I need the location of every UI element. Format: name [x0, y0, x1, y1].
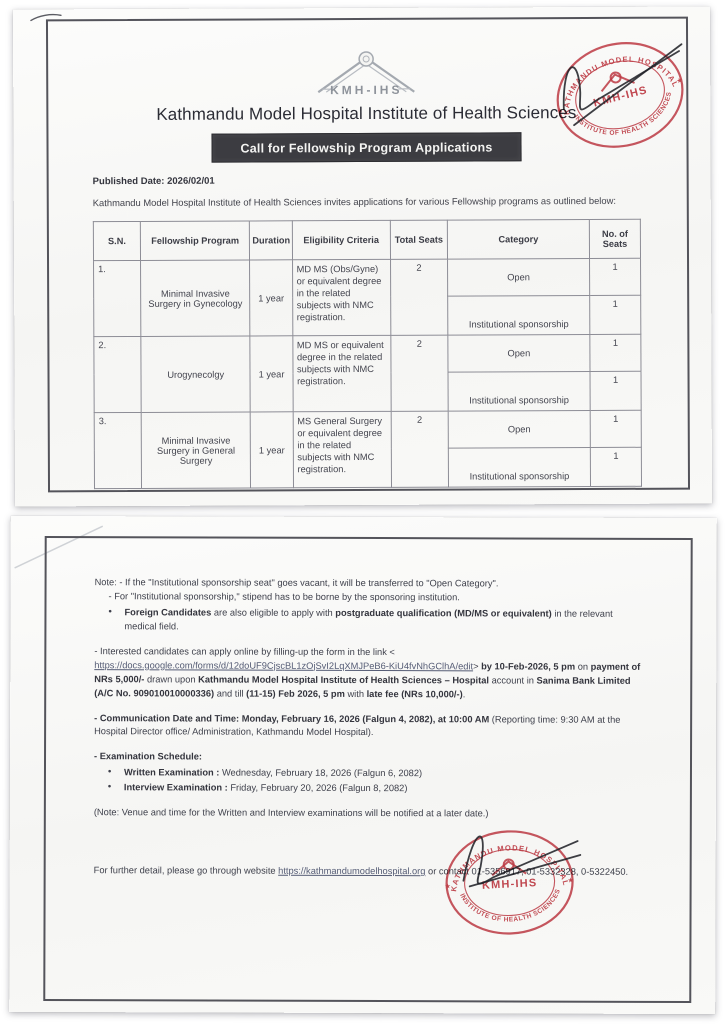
- cell-duration: 1 year: [250, 260, 292, 336]
- text-segment: by 10-Feb-2026, 5 pm: [481, 661, 575, 671]
- text-segment: >: [473, 661, 481, 671]
- paragraph: - Examination Schedule:: [94, 751, 644, 767]
- paragraph: •Written Examination : Wednesday, Februa…: [94, 766, 644, 782]
- table-row: 3.Minimal Invasive Surgery in General Su…: [94, 410, 641, 449]
- cell-category: Institutional sponsorship: [448, 296, 590, 336]
- kmh-ihs-logo-icon: KMH-IHS: [304, 46, 428, 103]
- column-header: No. of Seats: [589, 219, 640, 258]
- paragraph: - For "Institutional sponsorship," stipe…: [95, 590, 645, 606]
- cell-seats: 1: [590, 410, 641, 447]
- text-segment: Wednesday, February 18, 2026 (Falgun 6, …: [219, 768, 422, 779]
- cell-eligibility: MD MS (Obs/Gyne) or equivalent degree in…: [292, 259, 391, 335]
- cell-seats: 1: [590, 371, 641, 410]
- cell-sn: 2.: [94, 336, 141, 412]
- text-segment: Written Examination :: [124, 768, 219, 778]
- cell-sn: 1.: [94, 260, 141, 336]
- stamp-star-icon: ★: [445, 882, 452, 890]
- cell-category: Institutional sponsorship: [448, 448, 590, 488]
- call-banner-label: Call for Fellowship Program Applications: [240, 140, 492, 155]
- column-header: Category: [447, 220, 589, 260]
- cell-category: Institutional sponsorship: [448, 372, 590, 412]
- paragraph: •Foreign Candidates are also eligible to…: [94, 606, 644, 636]
- text-segment: - Examination Schedule:: [94, 752, 202, 762]
- cell-seats: 1: [590, 447, 641, 486]
- cell-total-seats: 2: [391, 411, 448, 487]
- cell-seats: 1: [590, 258, 641, 295]
- cell-seats: 1: [590, 295, 641, 334]
- svg-text:INSTITUTE OF HEALTH SCIENCES: INSTITUTE OF HEALTH SCIENCES: [458, 888, 563, 926]
- table-row: 2.Urogynecolgy1 yearMD MS or equivalent …: [94, 334, 641, 373]
- text-segment: drawn upon: [144, 674, 198, 684]
- cell-eligibility: MS General Surgery or equivalent degree …: [293, 411, 392, 487]
- table-head: S.N.Fellowship ProgramDurationEligibilit…: [93, 219, 640, 260]
- text-segment: (11-15) Feb 2026, 5 pm: [246, 688, 345, 698]
- call-banner: Call for Fellowship Program Applications: [211, 132, 521, 162]
- text-segment: - Communication Date and Time: Monday, F…: [94, 713, 489, 724]
- cell-seats: 1: [590, 334, 641, 371]
- column-header: Total Seats: [390, 220, 447, 259]
- page-border-frame: Note: - If the "Institutional sponsorshi…: [43, 536, 692, 1003]
- column-header: Duration: [250, 221, 292, 260]
- scanned-notice: { "colors": { "stamp_red": "#c23b45", "b…: [0, 0, 725, 1024]
- table-body: 1.Minimal Invasive Surgery in Gynecology…: [94, 258, 642, 488]
- stamp-triangle-icon: [492, 861, 527, 876]
- cell-category: Open: [448, 335, 590, 373]
- published-date: Published Date: 2026/02/01: [93, 174, 641, 187]
- text-segment: Interview Examination :: [124, 782, 228, 792]
- text-segment: Kathmandu Model Hospital Institute of He…: [198, 674, 489, 685]
- bullet-icon: •: [108, 766, 111, 780]
- cell-category: Open: [447, 259, 589, 297]
- column-header: Eligibility Criteria: [292, 220, 391, 259]
- bullet-icon: •: [108, 780, 111, 794]
- text-segment: For further detail, please go through we…: [94, 865, 279, 876]
- stamp-bottom-text: INSTITUTE OF HEALTH SCIENCES: [458, 888, 563, 926]
- text-segment: Foreign Candidates: [124, 607, 211, 617]
- column-header: Fellowship Program: [140, 221, 250, 260]
- cell-sn: 3.: [94, 412, 141, 488]
- paragraph: •Interview Examination : Friday, Februar…: [94, 781, 644, 797]
- page2-paragraphs: Note: - If the "Institutional sponsorshi…: [47, 540, 688, 999]
- text-segment: with: [345, 689, 367, 699]
- cell-program: Minimal Invasive Surgery in General Surg…: [141, 412, 251, 488]
- text-segment: Note: - If the "Institutional sponsorshi…: [95, 577, 499, 588]
- stamp-star-icon: ★: [567, 876, 574, 884]
- link-text: https://docs.google.com/forms/d/12doUF9C…: [94, 660, 473, 671]
- cell-duration: 1 year: [250, 336, 292, 412]
- logo-label: KMH-IHS: [330, 83, 402, 97]
- cell-eligibility: MD MS or equivalent degree in the relate…: [292, 335, 391, 411]
- bullet-icon: •: [108, 605, 111, 619]
- table-header-row: S.N.Fellowship ProgramDurationEligibilit…: [93, 219, 640, 260]
- text-segment: Friday, February 20, 2026 (Falgun 8, 208…: [228, 783, 408, 794]
- text-segment: - For "Institutional sponsorship," stipe…: [109, 591, 460, 602]
- cell-category: Open: [448, 411, 590, 449]
- text-segment: postgraduate qualification (MD/MS or equ…: [335, 608, 551, 619]
- text-segment: are also eligible to apply with: [211, 607, 335, 617]
- link-text: https://kathmandumodelhospital.org: [278, 866, 425, 876]
- text-segment: - Interested candidates can apply online…: [94, 646, 395, 657]
- cell-duration: 1 year: [251, 412, 293, 488]
- text-segment: on: [575, 661, 591, 671]
- intro-text: Kathmandu Model Hospital Institute of He…: [93, 195, 641, 208]
- page-2: Note: - If the "Institutional sponsorshi…: [9, 516, 717, 1014]
- paragraph: - Communication Date and Time: Monday, F…: [94, 712, 644, 742]
- cell-program: Minimal Invasive Surgery in Gynecology: [141, 260, 251, 336]
- text-segment: and till: [214, 688, 246, 698]
- text-segment: (Note: Venue and time for the Written an…: [94, 807, 489, 818]
- page-1: KMH-IHS Kathmandu Model Hospital Institu…: [13, 6, 712, 506]
- text-segment: .: [463, 689, 466, 699]
- text-segment: late fee (NRs 10,000/-): [367, 689, 463, 699]
- hospital-stamp: KATHMANDU MODEL HOSPITAL INSTITUTE OF HE…: [431, 817, 589, 950]
- text-segment: account in: [489, 675, 537, 685]
- stamp-star-icon: ★: [676, 76, 684, 85]
- paragraph: - Interested candidates can apply online…: [94, 645, 644, 702]
- column-header: S.N.: [93, 221, 140, 260]
- table-row: 1.Minimal Invasive Surgery in Gynecology…: [94, 258, 641, 297]
- cell-program: Urogynecolgy: [141, 336, 251, 412]
- cell-total-seats: 2: [390, 259, 447, 335]
- fellowship-table: S.N.Fellowship ProgramDurationEligibilit…: [93, 219, 642, 489]
- cell-total-seats: 2: [391, 335, 448, 411]
